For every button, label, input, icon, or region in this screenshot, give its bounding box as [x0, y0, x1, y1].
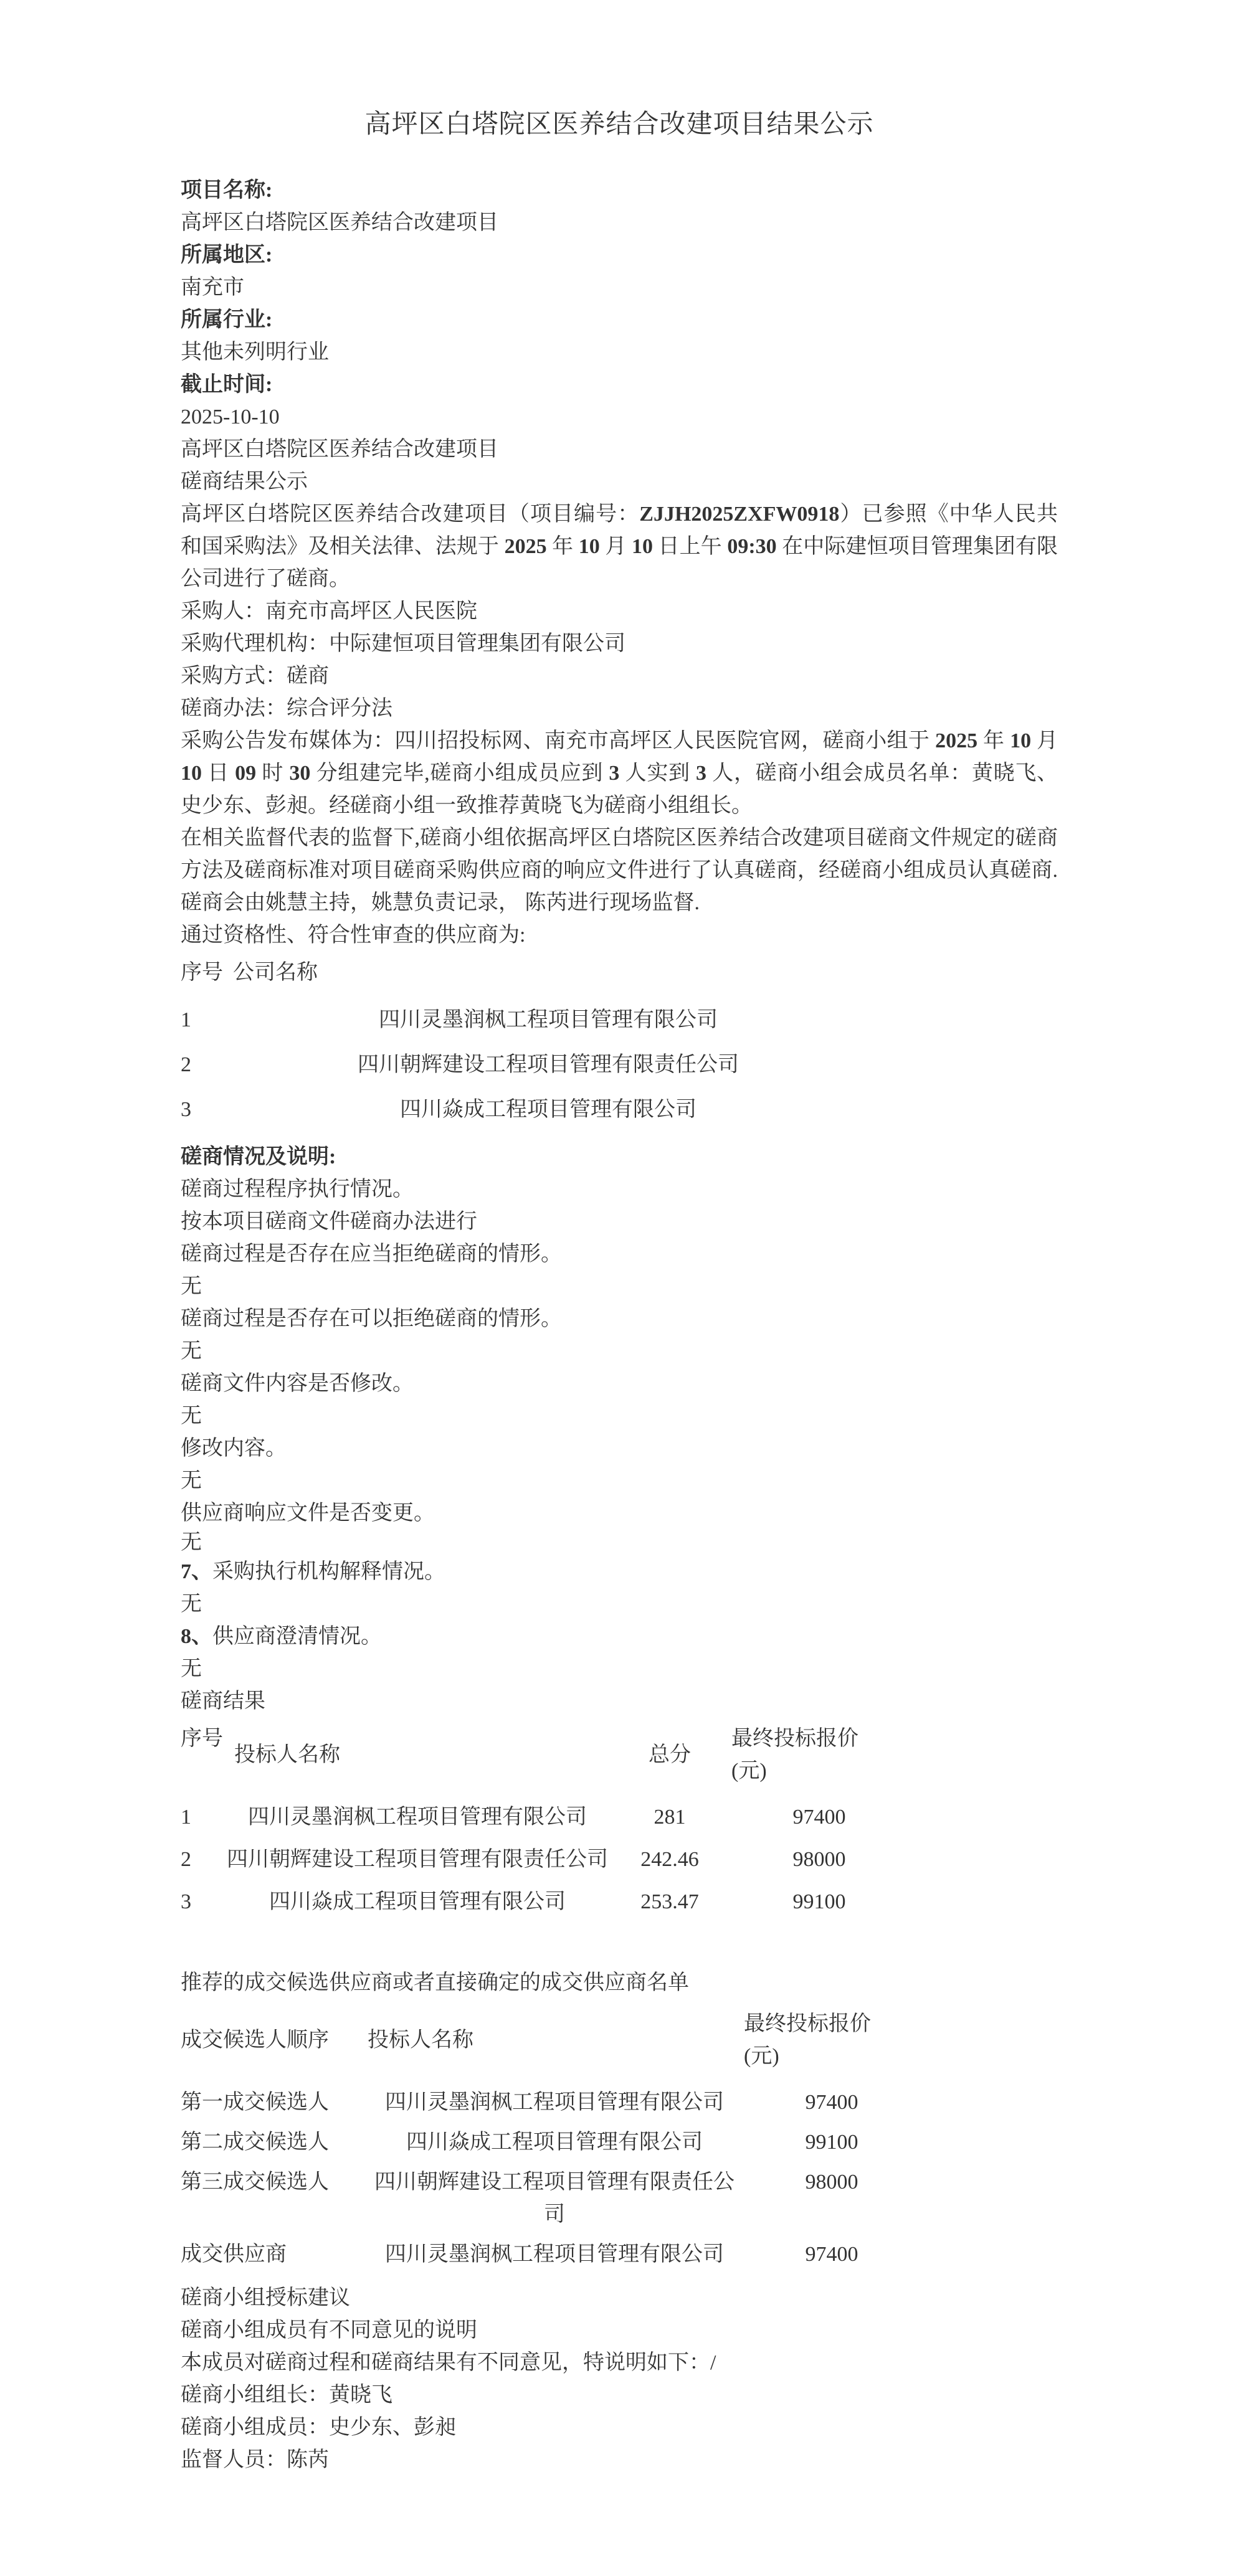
footer-section: 磋商小组授标建议 磋商小组成员有不同意见的说明 本成员对磋商过程和磋商结果有不同…	[181, 2282, 1058, 2476]
text-segment: 09:30	[727, 535, 776, 558]
cell-price: 97400	[741, 2083, 922, 2123]
method-line: 采购方式：磋商	[181, 660, 1058, 693]
purchase-info-section: 采购人：南充市高坪区人民医院 采购代理机构：中际建恒项目管理集团有限公司 采购方…	[181, 595, 1058, 952]
col-header-score: 总分	[611, 1723, 729, 1796]
table-row: 第一成交候选人 四川灵墨润枫工程项目管理有限公司 97400	[181, 2083, 922, 2123]
item-number: 7、	[181, 1560, 212, 1583]
notes-line: 无	[181, 1271, 1058, 1303]
notes-section: 磋商情况及说明: 磋商过程程序执行情况。 按本项目磋商文件磋商办法进行 磋商过程…	[181, 1141, 1058, 1685]
cell-order: 成交供应商	[181, 2235, 368, 2275]
text-segment: 日	[202, 762, 235, 785]
notes-line: 无	[181, 1465, 1058, 1497]
cell-no: 2	[181, 1043, 224, 1087]
text-segment: 最终投标报价	[744, 2008, 922, 2040]
cell-no: 3	[181, 1881, 224, 1923]
col-header-bidder: 投标人名称	[368, 2008, 741, 2083]
results-section: 磋商结果 序号 投标人名称 总分 最终投标报价(元) 1 四川灵墨润枫工程项目管…	[181, 1685, 1058, 1923]
cell-bidder: 四川朝辉建设工程项目管理有限责任公司	[368, 2162, 741, 2235]
text-segment: 采购执行机构解释情况。	[212, 1560, 445, 1583]
cell-no: 1	[181, 998, 224, 1043]
text-segment: 09	[235, 762, 256, 785]
text-segment: 最终投标报价	[731, 1723, 910, 1755]
award-advice-line: 磋商小组授标建议	[181, 2282, 1058, 2314]
text-segment: 10	[632, 535, 653, 558]
text-segment: (元)	[731, 1755, 910, 1788]
cell-score: 281	[611, 1796, 729, 1839]
notes-item-8: 8、供应商澄清情况。	[181, 1621, 1058, 1653]
cell-bidder: 四川朝辉建设工程项目管理有限责任公司	[224, 1839, 611, 1881]
notes-line: 修改内容。	[181, 1432, 1058, 1465]
intro-result-line: 磋商结果公示	[181, 466, 1058, 498]
buyer-line: 采购人：南充市高坪区人民医院	[181, 595, 1058, 628]
text-segment: 高坪区白塔院区医养结合改建项目（项目编号：	[181, 503, 639, 526]
cell-price: 97400	[741, 2235, 922, 2275]
col-header-order: 成交候选人顺序	[181, 2008, 368, 2083]
notes-item-7: 7、采购执行机构解释情况。	[181, 1556, 1058, 1588]
deadline-value: 2025-10-10	[181, 401, 1058, 433]
text-segment: 月	[1031, 729, 1058, 752]
text-segment: 10	[579, 535, 600, 558]
notes-heading: 磋商情况及说明:	[181, 1141, 1058, 1173]
cell-bidder: 四川焱成工程项目管理有限公司	[224, 1881, 611, 1923]
notes-line: 磋商过程是否存在应当拒绝磋商的情形。	[181, 1238, 1058, 1271]
intro-paragraph: 高坪区白塔院区医养结合改建项目（项目编号：ZJJH2025ZXFW0918）已参…	[181, 498, 1058, 595]
table-header-row: 序号 投标人名称 总分 最终投标报价(元)	[181, 1723, 910, 1796]
notes-line: 无	[181, 1400, 1058, 1432]
text-segment: 10	[1010, 729, 1031, 752]
text-segment: 2025	[505, 535, 547, 558]
text-segment: 2025	[935, 729, 977, 752]
col-header-bidder: 投标人名称	[224, 1723, 611, 1796]
text-segment: 月	[600, 535, 632, 558]
cell-bidder: 四川灵墨润枫工程项目管理有限公司	[368, 2235, 741, 2275]
table-row: 2 四川朝辉建设工程项目管理有限责任公司	[181, 1043, 872, 1087]
group-members-line: 磋商小组成员：史少东、彭昶	[181, 2412, 1058, 2444]
col-header-price: 最终投标报价(元)	[729, 1723, 910, 1796]
cell-bidder: 四川灵墨润枫工程项目管理有限公司	[368, 2083, 741, 2123]
cell-score: 253.47	[611, 1881, 729, 1923]
supervisor-line: 监督人员：陈芮	[181, 2444, 1058, 2476]
intro-project-line: 高坪区白塔院区医养结合改建项目	[181, 433, 1058, 466]
cell-price: 99100	[729, 1881, 910, 1923]
item-number: 8、	[181, 1625, 212, 1648]
text-segment: 人实到	[619, 762, 696, 785]
text-segment: (元)	[744, 2040, 922, 2073]
industry-label: 所属行业:	[181, 304, 1058, 336]
text-segment: 分组建完毕,磋商小组成员应到	[310, 762, 609, 785]
cell-company: 四川灵墨润枫工程项目管理有限公司	[224, 998, 872, 1043]
text-segment: 3	[696, 762, 706, 785]
col-header-company: 公司名称	[224, 957, 872, 998]
results-table: 序号 投标人名称 总分 最终投标报价(元) 1 四川灵墨润枫工程项目管理有限公司…	[181, 1723, 910, 1923]
notes-line: 无	[181, 1530, 1058, 1556]
cell-price: 98000	[741, 2162, 922, 2235]
cell-company: 四川焱成工程项目管理有限公司	[224, 1087, 872, 1132]
col-header-no: 序号	[181, 957, 224, 998]
table-row: 2 四川朝辉建设工程项目管理有限责任公司 242.46 98000	[181, 1839, 910, 1881]
text-segment: 年	[977, 729, 1010, 752]
table-row: 第三成交候选人 四川朝辉建设工程项目管理有限责任公司 98000	[181, 2162, 922, 2235]
cell-no: 2	[181, 1839, 224, 1881]
text-segment: 10	[181, 762, 202, 785]
notes-line: 供应商响应文件是否变更。	[181, 1497, 1058, 1530]
page-title: 高坪区白塔院区医养结合改建项目结果公示	[181, 106, 1058, 143]
cell-price: 98000	[729, 1839, 910, 1881]
group-leader-line: 磋商小组组长：黄晓飞	[181, 2379, 1058, 2412]
text-segment: 30	[289, 762, 310, 785]
table-row: 成交供应商 四川灵墨润枫工程项目管理有限公司 97400	[181, 2235, 922, 2275]
table-row: 第二成交候选人 四川焱成工程项目管理有限公司 99100	[181, 2123, 922, 2162]
cell-price: 97400	[729, 1796, 910, 1839]
notes-line: 磋商过程是否存在可以拒绝磋商的情形。	[181, 1303, 1058, 1335]
agency-line: 采购代理机构：中际建恒项目管理集团有限公司	[181, 628, 1058, 660]
text-segment: 3	[609, 762, 619, 785]
evaluation-line: 磋商办法：综合评分法	[181, 693, 1058, 725]
meta-section: 项目名称: 高坪区白塔院区医养结合改建项目 所属地区: 南充市 所属行业: 其他…	[181, 174, 1058, 433]
cell-price: 99100	[741, 2123, 922, 2162]
qualified-suppliers-table: 序号 公司名称 1 四川灵墨润枫工程项目管理有限公司 2 四川朝辉建设工程项目管…	[181, 957, 872, 1132]
region-value: 南充市	[181, 272, 1058, 304]
candidates-heading: 推荐的成交候选供应商或者直接确定的成交供应商名单	[181, 1967, 1058, 1999]
notes-line: 无	[181, 1653, 1058, 1685]
table-row: 1 四川灵墨润枫工程项目管理有限公司 281 97400	[181, 1796, 910, 1839]
dissent-title-line: 磋商小组成员有不同意见的说明	[181, 2314, 1058, 2347]
table-row: 1 四川灵墨润枫工程项目管理有限公司	[181, 998, 872, 1043]
deadline-label: 截止时间:	[181, 369, 1058, 401]
cell-order: 第一成交候选人	[181, 2083, 368, 2123]
supervision-paragraph: 在相关监督代表的监督下,磋商小组依据高坪区白塔院区医养结合改建项目磋商文件规定的…	[181, 822, 1058, 919]
industry-value: 其他未列明行业	[181, 336, 1058, 369]
notes-line: 磋商过程程序执行情况。	[181, 1173, 1058, 1206]
notes-line: 磋商文件内容是否修改。	[181, 1368, 1058, 1400]
table-row: 3 四川焱成工程项目管理有限公司	[181, 1087, 872, 1132]
table-row: 3 四川焱成工程项目管理有限公司 253.47 99100	[181, 1881, 910, 1923]
col-header-no: 序号	[181, 1723, 224, 1796]
dissent-note-line: 本成员对磋商过程和磋商结果有不同意见，特说明如下：/	[181, 2347, 1058, 2379]
text-segment: 时	[256, 762, 289, 785]
cell-order: 第二成交候选人	[181, 2123, 368, 2162]
notes-line: 按本项目磋商文件磋商办法进行	[181, 1206, 1058, 1238]
notes-line: 无	[181, 1335, 1058, 1368]
text-segment: 日上午	[653, 535, 727, 558]
col-header-price: 最终投标报价(元)	[741, 2008, 922, 2083]
text-segment: 采购公告发布媒体为：四川招投标网、南充市高坪区人民医院官网，磋商小组于	[181, 729, 935, 752]
cell-order: 第三成交候选人	[181, 2162, 368, 2235]
candidates-section: 推荐的成交候选供应商或者直接确定的成交供应商名单 成交候选人顺序 投标人名称 最…	[181, 1967, 1058, 2275]
qualified-suppliers-line: 通过资格性、符合性审查的供应商为:	[181, 919, 1058, 952]
table-header-row: 序号 公司名称	[181, 957, 872, 998]
project-name-value: 高坪区白塔院区医养结合改建项目	[181, 207, 1058, 239]
project-name-label: 项目名称:	[181, 174, 1058, 207]
intro-section: 高坪区白塔院区医养结合改建项目 磋商结果公示 高坪区白塔院区医养结合改建项目（项…	[181, 433, 1058, 595]
cell-score: 242.46	[611, 1839, 729, 1881]
cell-company: 四川朝辉建设工程项目管理有限责任公司	[224, 1043, 872, 1087]
cell-no: 3	[181, 1087, 224, 1132]
candidates-table: 成交候选人顺序 投标人名称 最终投标报价(元) 第一成交候选人 四川灵墨润枫工程…	[181, 2008, 922, 2275]
announcement-document: 高坪区白塔院区医养结合改建项目结果公示 项目名称: 高坪区白塔院区医养结合改建项…	[0, 0, 1236, 2576]
results-heading: 磋商结果	[181, 1685, 1058, 1718]
region-label: 所属地区:	[181, 239, 1058, 272]
text-segment: 供应商澄清情况。	[212, 1625, 382, 1648]
table-header-row: 成交候选人顺序 投标人名称 最终投标报价(元)	[181, 2008, 922, 2083]
cell-no: 1	[181, 1796, 224, 1839]
media-paragraph: 采购公告发布媒体为：四川招投标网、南充市高坪区人民医院官网，磋商小组于 2025…	[181, 725, 1058, 822]
notes-line: 无	[181, 1588, 1058, 1621]
cell-bidder: 四川焱成工程项目管理有限公司	[368, 2123, 741, 2162]
text-segment: 年	[547, 535, 579, 558]
cell-bidder: 四川灵墨润枫工程项目管理有限公司	[224, 1796, 611, 1839]
project-number: ZJJH2025ZXFW0918	[639, 503, 839, 526]
